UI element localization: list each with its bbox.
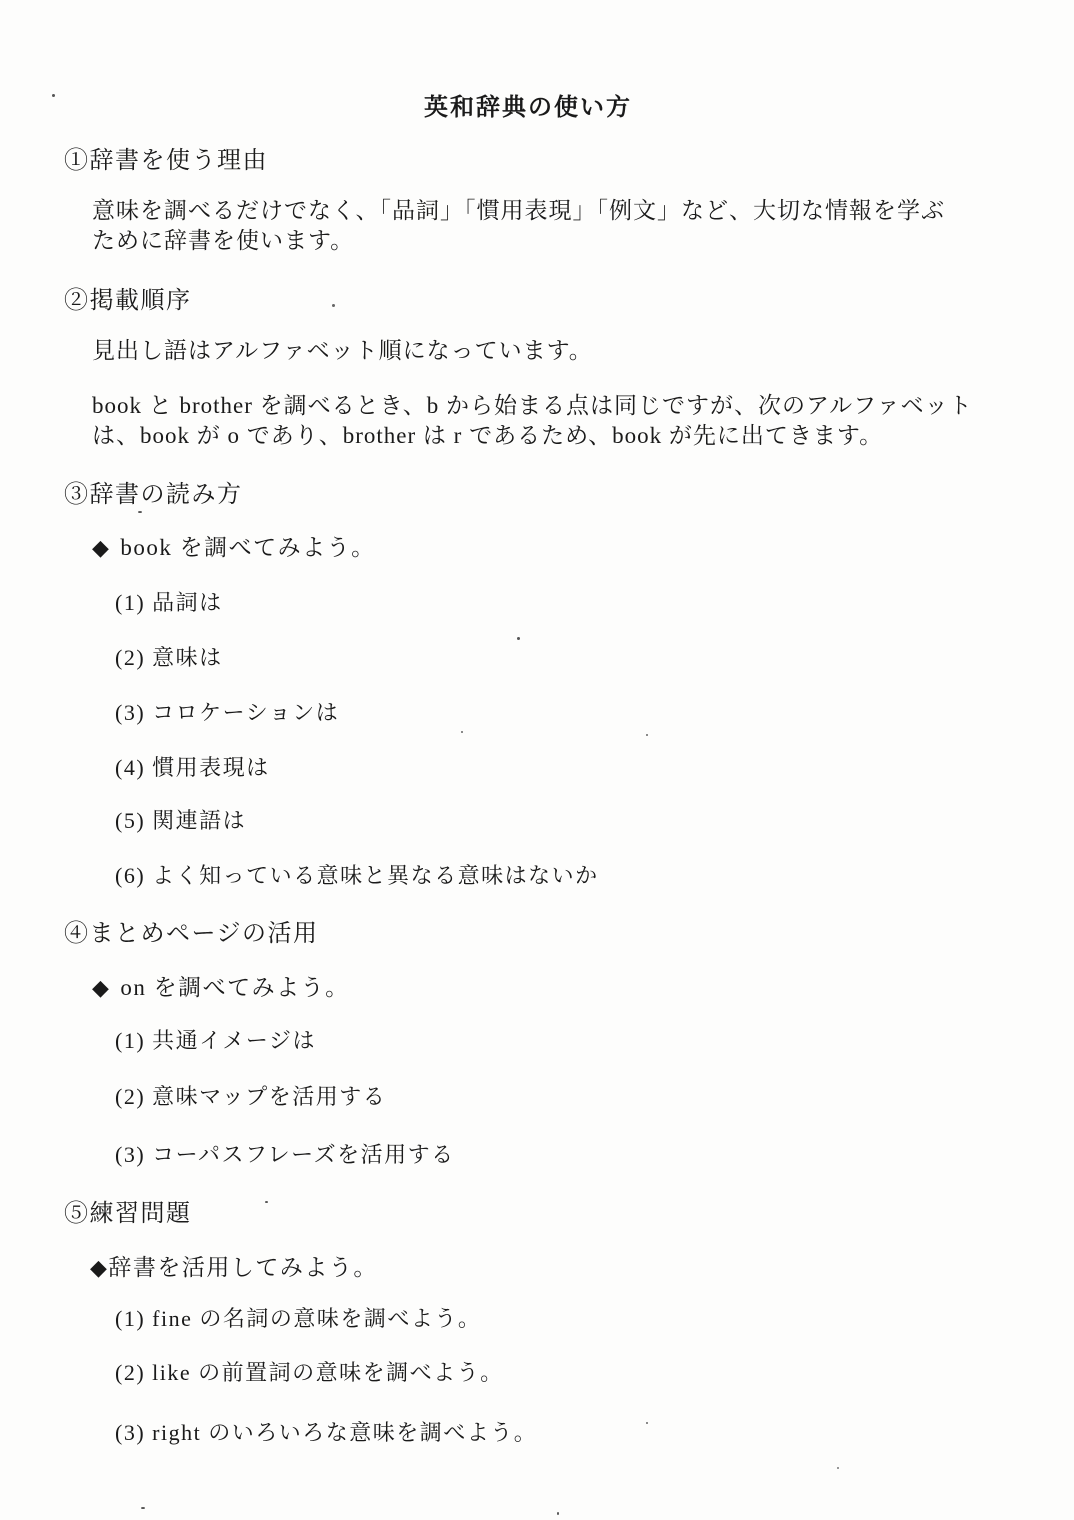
numbered-item: (1) 品詞は — [115, 586, 223, 617]
diamond-bullet-icon: ◆ — [92, 535, 110, 560]
scan-speck — [837, 1467, 839, 1469]
scan-speck — [141, 1507, 145, 1509]
diamond-line-text: 辞書を活用してみよう。 — [108, 1255, 378, 1280]
numbered-item: (1) 共通イメージは — [115, 1024, 316, 1055]
section-4-heading: ④まとめページの活用 — [64, 913, 319, 948]
scan-speck — [265, 1201, 268, 1203]
section-2-paragraph-1: 見出し語はアルファベット順になっています。 — [92, 336, 593, 366]
section-5-diamond-line: ◆辞書を活用してみよう。 — [90, 1249, 378, 1282]
section-1-heading: ①辞書を使う理由 — [64, 140, 268, 175]
numbered-item: (6) よく知っている意味と異なる意味はないか — [115, 859, 599, 890]
scan-speck — [488, 342, 490, 344]
document-title: 英和辞典の使い方 — [424, 87, 632, 122]
section-4-diamond-line: ◆on を調べてみよう。 — [92, 969, 350, 1002]
paragraph-line: book と brother を調べるとき、b から始まる点は同じですが、次のア… — [92, 391, 973, 421]
scan-speck — [138, 511, 142, 513]
section-3-heading: ③辞書の読み方 — [64, 474, 243, 509]
section-5-heading: ⑤練習問題 — [64, 1193, 192, 1228]
numbered-item: (2) like の前置詞の意味を調べよう。 — [115, 1356, 504, 1387]
numbered-item: (5) 関連語は — [115, 804, 246, 835]
scan-speck — [517, 637, 520, 640]
scan-speck — [646, 1422, 648, 1424]
section-2-heading: ②掲載順序 — [64, 280, 192, 315]
numbered-item: (3) right のいろいろな意味を調べよう。 — [115, 1416, 537, 1447]
diamond-bullet-icon: ◆ — [90, 1255, 108, 1280]
numbered-item: (2) 意味マップを活用する — [115, 1080, 386, 1111]
paragraph-line: は、book が o であり、brother は r であるため、book が先… — [92, 421, 973, 451]
scan-speck — [557, 1512, 559, 1515]
scan-speck — [461, 731, 463, 733]
paragraph-line: 意味を調べるだけでなく、「品詞」「慣用表現」「例文」など、大切な情報を学ぶ — [92, 196, 945, 226]
document-page: 英和辞典の使い方 ①辞書を使う理由 意味を調べるだけでなく、「品詞」「慣用表現」… — [0, 0, 1074, 1520]
section-3-diamond-line: ◆book を調べてみよう。 — [92, 529, 376, 562]
numbered-item: (3) コーパスフレーズを活用する — [115, 1138, 455, 1169]
numbered-item: (3) コロケーションは — [115, 696, 339, 727]
scan-speck — [646, 734, 648, 736]
diamond-bullet-icon: ◆ — [92, 975, 110, 1000]
section-2-paragraph-2: book と brother を調べるとき、b から始まる点は同じですが、次のア… — [92, 391, 973, 451]
numbered-item: (4) 慣用表現は — [115, 751, 270, 782]
numbered-item: (1) fine の名詞の意味を調べよう。 — [115, 1302, 481, 1333]
section-1-paragraph: 意味を調べるだけでなく、「品詞」「慣用表現」「例文」など、大切な情報を学ぶ ため… — [92, 196, 945, 256]
paragraph-line: ために辞書を使います。 — [92, 226, 945, 256]
diamond-line-text: on を調べてみよう。 — [120, 975, 349, 1000]
scan-speck — [52, 94, 55, 97]
paragraph-line: 見出し語はアルファベット順になっています。 — [92, 336, 593, 366]
diamond-line-text: book を調べてみよう。 — [120, 535, 375, 560]
numbered-item: (2) 意味は — [115, 641, 223, 672]
scan-speck — [332, 304, 335, 307]
